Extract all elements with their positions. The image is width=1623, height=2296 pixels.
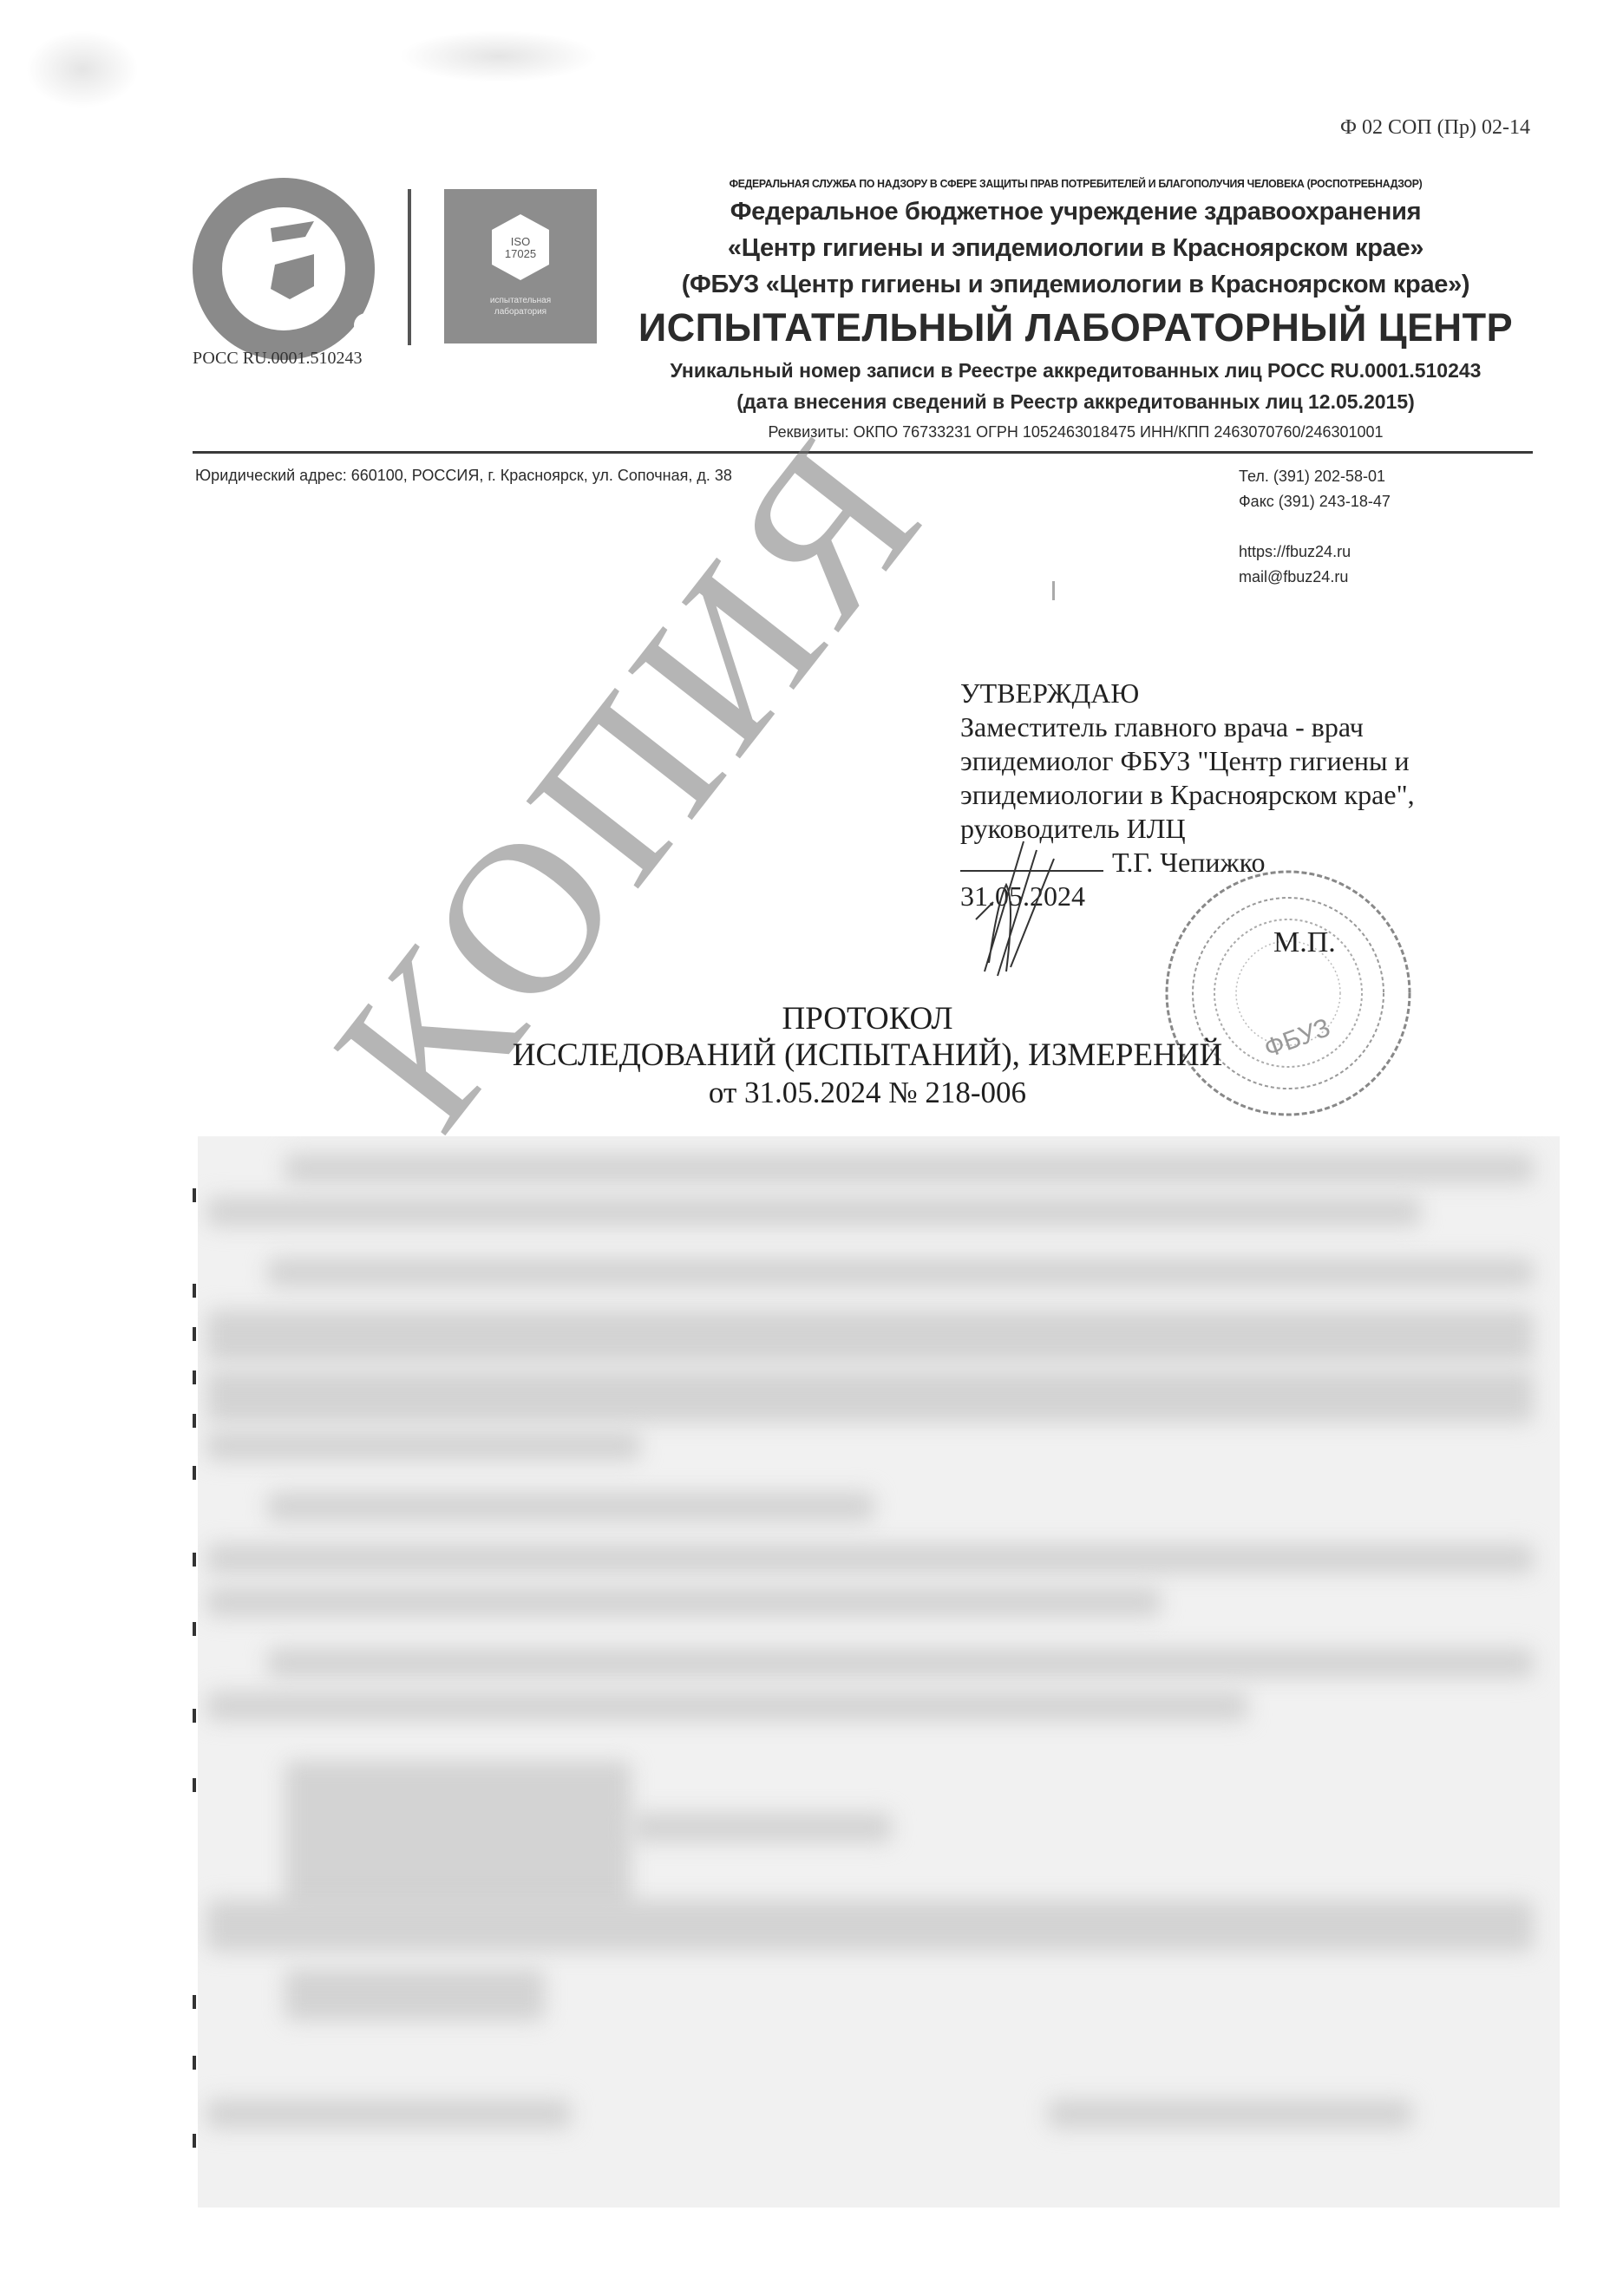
org-line-1: Федеральное бюджетное учреждение здравоо… [607, 198, 1544, 226]
org-line-3: (ФБУЗ «Центр гигиены и эпидемиологии в К… [607, 271, 1544, 299]
iso-caption: испытательная лаборатория [444, 295, 597, 317]
form-code: Ф 02 СОП (Пр) 02-14 [1340, 116, 1530, 140]
signature-icon [972, 833, 1076, 980]
scan-smudge [399, 30, 599, 82]
iso-line2: 17025 [444, 248, 597, 260]
accreditation-logo-icon [193, 178, 375, 360]
logo-divider [408, 189, 411, 345]
svg-text:ФБУЗ: ФБУЗ [1260, 1013, 1334, 1063]
redacted-body [198, 1136, 1560, 2208]
fax: Факс (391) 243-18-47 [1239, 489, 1391, 514]
protocol-subtitle: ИССЛЕДОВАНИЙ (ИСПЫТАНИЙ), ИЗМЕРЕНИЙ [486, 1037, 1249, 1074]
accreditation-reg-number: РОСС RU.0001.510243 [193, 349, 363, 369]
registry-date: (дата внесения сведений в Реестр аккреди… [607, 390, 1544, 414]
protocol-number: от 31.05.2024 № 218-006 [486, 1076, 1249, 1110]
lab-center-title: ИСПЫТАТЕЛЬНЫЙ ЛАБОРАТОРНЫЙ ЦЕНТР [607, 305, 1544, 350]
protocol-title: ПРОТОКОЛ [486, 1000, 1249, 1037]
iso-line1: ISO [444, 236, 597, 248]
approval-line-1: Заместитель главного врача - врач [960, 710, 1415, 744]
stamp-place-label: М.П. [1273, 926, 1336, 959]
agency-name: ФЕДЕРАЛЬНАЯ СЛУЖБА ПО НАДЗОРУ В СФЕРЕ ЗА… [617, 178, 1535, 190]
email-link[interactable]: mail@fbuz24.ru [1239, 565, 1391, 590]
website-link[interactable]: https://fbuz24.ru [1239, 540, 1391, 565]
scan-smudge [26, 30, 139, 108]
header-divider [193, 451, 1533, 454]
org-line-2: «Центр гигиены и эпидемиологии в Красноя… [607, 234, 1544, 263]
iso-caption1: испытательная [444, 295, 597, 306]
approval-heading: УТВЕРЖДАЮ [960, 677, 1415, 710]
iso-caption2: лаборатория [444, 306, 597, 317]
registry-number: Уникальный номер записи в Реестре аккред… [607, 359, 1544, 383]
legal-address: Юридический адрес: 660100, РОССИЯ, г. Кр… [195, 467, 732, 485]
approval-line-2: эпидемиолог ФБУЗ "Центр гигиены и [960, 744, 1415, 778]
phone: Тел. (391) 202-58-01 [1239, 464, 1391, 489]
scan-mark [1052, 581, 1055, 600]
iso-label: ISO 17025 [444, 236, 597, 260]
contacts-block: Тел. (391) 202-58-01 Факс (391) 243-18-4… [1239, 464, 1391, 590]
approval-line-3: эпидемиологии в Красноярском крае", [960, 778, 1415, 812]
